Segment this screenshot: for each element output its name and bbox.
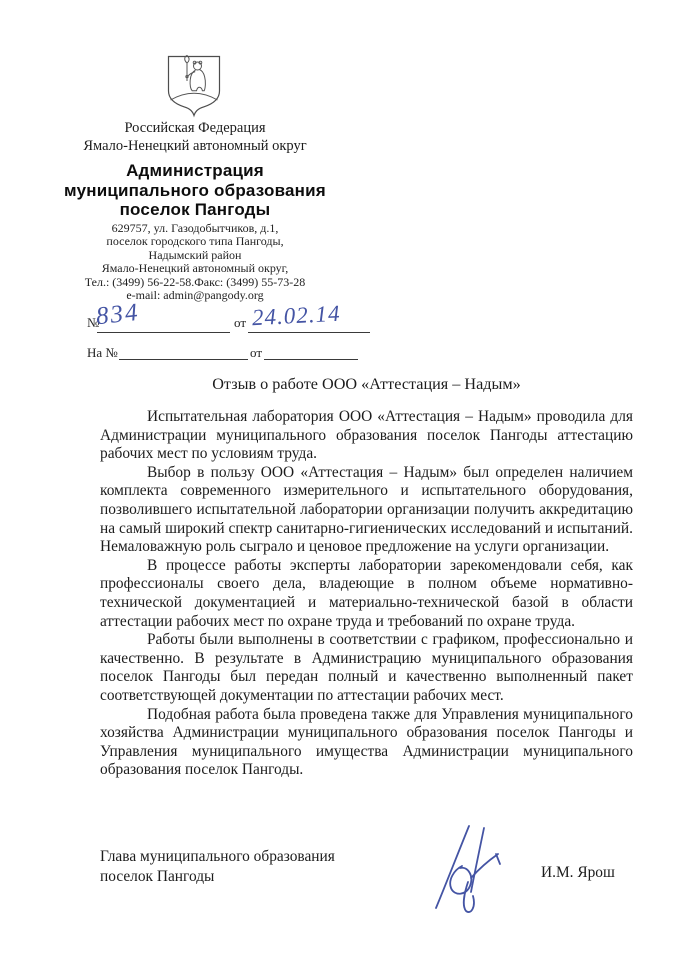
org-name-block: Администрация муниципального образования… — [50, 161, 340, 220]
address-line: Ямало-Ненецкий автономный округ, — [50, 262, 340, 275]
ref-number-handwritten: 834 — [95, 299, 141, 331]
org-name-line: поселок Пангоды — [50, 200, 340, 220]
signature-scribble-icon — [426, 816, 521, 921]
ref-date-underline — [248, 331, 370, 333]
org-name-line: Администрация — [50, 161, 340, 181]
address-line: поселок городского типа Пангоды, — [50, 235, 340, 248]
signer-post-line: поселок Пангоды — [100, 867, 335, 887]
body-paragraph: Подобная работа была проведена также для… — [100, 706, 633, 780]
letter-body: Испытательная лаборатория ООО «Аттестаци… — [100, 408, 633, 780]
header-country: Российская Федерация — [50, 120, 340, 137]
org-name-line: муниципального образования — [50, 181, 340, 201]
org-address-block: 629757, ул. Газодобытчиков, д.1, поселок… — [50, 222, 340, 302]
address-line: 629757, ул. Газодобытчиков, д.1, — [50, 222, 340, 235]
reply-date-underline — [264, 358, 358, 360]
body-paragraph: В процессе работы эксперты лаборатории з… — [100, 557, 633, 631]
address-line: e-mail: admin@pangody.org — [50, 289, 340, 302]
body-paragraph: Работы были выполнены в соответствии с г… — [100, 631, 633, 705]
signer-post: Глава муниципального образования поселок… — [100, 847, 335, 886]
address-line: Тел.: (3499) 56-22-58.Факс: (3499) 55-73… — [50, 276, 340, 289]
ref-from-label: от — [234, 315, 246, 331]
reply-ref-label: На № — [87, 345, 118, 361]
coat-of-arms-icon — [166, 54, 222, 118]
signer-post-line: Глава муниципального образования — [100, 847, 335, 867]
document-title: Отзыв о работе ООО «Аттестация – Надым» — [100, 375, 633, 394]
ref-number-underline — [97, 331, 230, 333]
signer-name: И.М. Ярош — [541, 864, 615, 882]
ref-date-handwritten: 24.02.14 — [251, 301, 341, 332]
address-line: Надымский район — [50, 249, 340, 262]
scanned-letter-page: Российская Федерация Ямало-Ненецкий авто… — [0, 0, 681, 960]
reply-from-label: от — [250, 345, 262, 361]
header-region: Ямало-Ненецкий автономный округ — [50, 138, 340, 155]
body-paragraph: Испытательная лаборатория ООО «Аттестаци… — [100, 408, 633, 464]
reply-number-underline — [119, 358, 248, 360]
body-paragraph: Выбор в пользу ООО «Аттестация – Надым» … — [100, 464, 633, 557]
